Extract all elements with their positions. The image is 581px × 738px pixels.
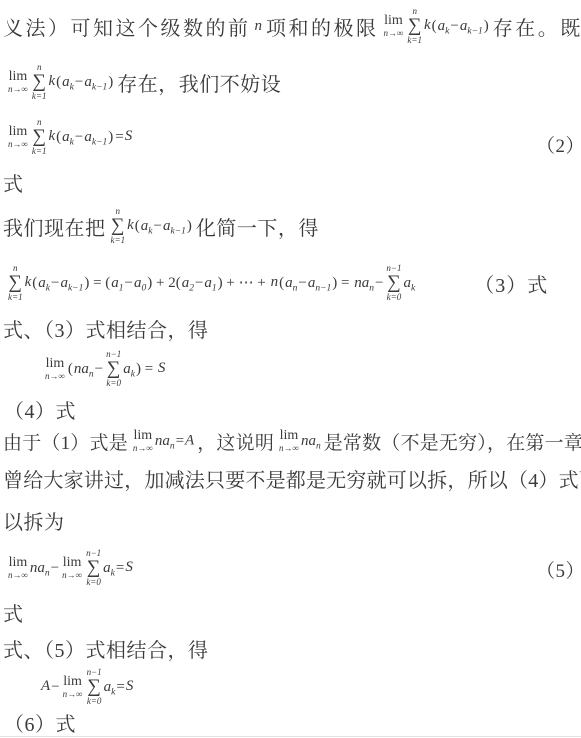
sigma-icon: ∑ [32,73,46,90]
math-operator: − [75,129,83,145]
lim-label: lim [9,70,28,84]
lim-label: lim [134,429,153,443]
lim-subscript: n→∞ [45,372,65,381]
math-variable: n [271,275,279,291]
text-run: 曾给大家讲过，加减法只要不是都是无穷就可以拆，所以（4）式可 [3,464,581,493]
math-subscript: k [411,283,415,293]
text-run: （2） [536,131,581,158]
limit-operator: limn→∞ [62,556,82,580]
equation-2-number: （2） [536,130,581,158]
summation-operator: n∑k=1 [8,264,23,301]
limit-operator: limn→∞ [384,14,404,38]
math-variable: a2 [182,275,194,291]
math-variable: A [41,679,50,695]
math-variable: k [424,18,431,34]
math-variable: a1 [111,275,123,291]
formula-eq3: n∑k=1k(ak−ak−1) = (a1−a0) + 2(a2−a1) + ⋯… [6,264,415,301]
text-run: 我们现在把 [3,212,106,241]
sigma-icon: ∑ [408,17,422,34]
text-run: 存在。既然 [493,12,581,41]
math-operator: ( [68,361,73,377]
equation-2: limn→∞n∑k=1k(ak−ak−1)=S [3,115,135,159]
math-subscript: n [369,283,374,293]
math-operator: ) = ( [84,275,110,291]
inline-variable: n [255,18,263,35]
math-variable: S [125,129,133,145]
math-variable: an−1 [308,275,331,291]
sum-lower-limit: k=0 [387,293,402,302]
line-explain: 由于（1）式是limn→∞nan=A，这说明limn→∞nan是常数（不是无穷）… [3,419,581,463]
math-subscript: n [170,441,175,451]
math-variable: ak [123,361,135,377]
lim-label: lim [9,125,28,139]
line-combine-5: 式、（5）式相结合，得 [3,634,209,662]
math-variable: ak−1 [163,218,186,234]
line-1: 义法）可知这个级数的前n项和的极限limn→∞n∑k=1k(ak−ak−1)存在… [3,4,581,48]
bottom-divider [0,736,581,737]
math-subscript: n [316,441,321,451]
limit-operator: limn→∞ [8,125,28,149]
lim-subscript: n→∞ [62,571,82,580]
math-operator: ) + 2( [147,275,180,291]
text-run: 存在，我们不妨设 [117,68,281,97]
lim-subscript: n→∞ [133,444,153,453]
equation-number: （3）式 [474,269,548,298]
math-operator: ( [135,218,140,234]
math-operator: ) = [136,361,157,377]
text-run: 式 [3,168,24,197]
math-variable: k [25,275,32,291]
math-subscript: k−1 [170,226,185,236]
math-operator: = [115,129,123,145]
math-subscript: 0 [142,283,147,293]
math-subscript: k−1 [92,137,107,147]
text-run: 以拆为 [3,506,65,535]
math-operator: ( [279,275,284,291]
math-subscript: k−1 [68,283,83,293]
sum-lower-limit: k=1 [32,147,47,156]
text-run: （6）式 [4,708,76,737]
summation-operator: n−1∑k=0 [86,549,101,586]
summation-operator: n−1∑k=0 [87,668,102,705]
math-variable: a0 [134,275,146,291]
limit-operator: limn→∞ [8,556,28,580]
text-run: ，这说明 [197,428,274,455]
sigma-icon: ∑ [111,217,125,234]
sigma-icon: ∑ [107,360,121,377]
summation-operator: n∑k=1 [111,207,126,244]
math-operator: − [153,218,161,234]
summation-operator: n−1∑k=0 [106,350,121,387]
math-operator: − [298,275,306,291]
math-variable: a1 [204,275,216,291]
math-subscript: n [293,283,298,293]
math-variable: ak−1 [60,275,83,291]
math-variable: ak [438,18,450,34]
lim-subscript: n→∞ [8,85,28,94]
math-variable: k [49,129,56,145]
lim-label: lim [384,14,403,28]
text-run: 项和的极限 [266,12,379,41]
equation-5: limn→∞nan−limn→∞n−1∑k=0ak=S [3,546,136,590]
sigma-icon: ∑ [387,274,401,291]
math-subscript: k−1 [92,82,107,92]
math-variable: k [127,218,134,234]
math-variable: nan [74,361,94,377]
formula-lim_na: limn→∞nan [277,429,321,453]
math-variable: A [185,433,194,449]
math-variable: ak [103,560,115,576]
math-subscript: n [45,568,50,578]
math-operator: − [375,275,383,291]
text-run: 式、（5）式相结合，得 [3,634,209,663]
formula-eq6: A−limn→∞n−1∑k=0ak=S [41,668,133,705]
math-variable: ak [404,275,416,291]
formula-lim_sum_k_eq_S: limn→∞n∑k=1k(ak−ak−1)=S [6,118,132,155]
math-operator: ( [32,275,37,291]
math-operator: ( [56,129,61,145]
equation-4: limn→∞(nan−n−1∑k=0ak) = S [40,347,168,391]
math-variable: S [126,679,134,695]
lim-label: lim [9,556,28,570]
summation-operator: n∑k=1 [32,118,47,155]
limit-operator: limn→∞ [133,429,153,453]
math-operator: ( [432,18,437,34]
equation-3: n∑k=1k(ak−ak−1) = (a1−a0) + 2(a2−a1) + ⋯… [3,261,548,305]
limit-operator: limn→∞ [8,70,28,94]
sum-lower-limit: k=0 [86,578,101,587]
math-operator: − [95,361,103,377]
sum-lower-limit: k=0 [87,697,102,706]
sigma-icon: ∑ [87,559,101,576]
sigma-icon: ∑ [87,678,101,695]
formula-lim_na_eq_A: limn→∞nan=A [131,429,194,453]
lim-label: lim [63,556,82,570]
lim-subscript: n→∞ [8,140,28,149]
math-operator: ( [56,74,61,90]
math-variable: ak [38,275,50,291]
math-operator: − [450,18,458,34]
math-variable: nan [30,560,50,576]
sum-lower-limit: k=1 [407,36,422,45]
summation-operator: n∑k=1 [407,7,422,44]
text-run: 是常数（不是无穷），在第一章我 [324,428,581,455]
formula-eq5: limn→∞nan−limn→∞n−1∑k=0ak=S [6,549,133,586]
line-shi-after-eq2: 式 [3,168,24,196]
line-explain-2: 曾给大家讲过，加减法只要不是都是无穷就可以拆，所以（4）式可 [3,464,581,492]
math-subscript: n [89,369,94,379]
math-operator: = [176,433,184,449]
summation-operator: n−1∑k=0 [386,264,401,301]
line-simplify: 我们现在把n∑k=1k(ak−ak−1)化简一下，得 [3,203,319,249]
math-variable: ak [62,129,74,145]
line-2: limn→∞n∑k=1k(ak−ak−1)存在，我们不妨设 [3,60,281,104]
math-operator: − [51,275,59,291]
math-operator: ) [108,129,113,145]
sum-lower-limit: k=1 [32,92,47,101]
sum-lower-limit: k=0 [106,379,121,388]
formula-sum_k: n∑k=1k(ak−ak−1) [109,207,193,244]
formula-lim_sum_k: limn→∞n∑k=1k(ak−ak−1) [382,7,490,44]
math-subscript: k [46,283,50,293]
formula-eq4: limn→∞(nan−n−1∑k=0ak) = S [43,350,165,387]
equation-5-number: （5） [536,555,581,583]
math-subscript: 2 [189,283,194,293]
text-run: 由于（1）式是 [3,428,128,455]
text-run: （5） [536,556,581,583]
equation-6-label: （6）式 [4,708,76,736]
formula-lim_sum_k: limn→∞n∑k=1k(ak−ak−1) [6,63,114,100]
lim-subscript: n→∞ [8,571,28,580]
text-run: 义法）可知这个级数的前 [3,12,251,41]
line-combine-3: 式、（3）式相结合，得 [3,314,209,342]
sigma-icon: ∑ [32,128,46,145]
math-variable: ak [141,218,153,234]
math-operator: − [51,560,59,576]
limit-operator: limn→∞ [45,357,65,381]
math-variable: ak−1 [460,18,483,34]
text-run: 式、（3）式相结合，得 [3,314,209,343]
lim-subscript: n→∞ [63,690,83,699]
lim-label: lim [46,357,65,371]
math-variable: nan [301,433,321,449]
math-subscript: k [445,26,449,36]
math-variable: ak [104,679,116,695]
math-variable: nan [354,275,374,291]
math-operator: = [116,560,124,576]
math-subscript: k [70,137,74,147]
text-run: 化简一下，得 [196,212,319,241]
math-variable: k [49,74,56,90]
math-operator: − [51,679,59,695]
math-variable: nan [155,433,175,449]
math-subscript: 1 [119,283,124,293]
math-variable: an [285,275,297,291]
math-variable: S [158,361,166,377]
math-operator: ) [108,74,113,90]
math-subscript: k [111,687,115,697]
limit-operator: limn→∞ [279,429,299,453]
math-variable: ak−1 [84,74,107,90]
math-operator: ) [484,18,489,34]
lim-label: lim [63,675,82,689]
math-variable: S [125,560,133,576]
math-subscript: k [131,369,135,379]
math-operator: ) = [332,275,353,291]
math-operator: = [116,679,124,695]
lim-subscript: n→∞ [384,29,404,38]
math-operator: ) [187,218,192,234]
math-subscript: k [148,226,152,236]
summation-operator: n∑k=1 [32,63,47,100]
math-subscript: k−1 [467,26,482,36]
math-operator: ) + ⋯ + [218,275,270,291]
math-subscript: k [70,82,74,92]
sum-lower-limit: k=1 [111,236,126,245]
sigma-icon: ∑ [9,274,23,291]
lim-label: lim [280,429,299,443]
sum-lower-limit: k=1 [8,293,23,302]
math-operator: − [125,275,133,291]
equation-6: A−limn→∞n−1∑k=0ak=S [38,665,136,709]
document-page: 义法）可知这个级数的前n项和的极限limn→∞n∑k=1k(ak−ak−1)存在… [0,0,581,738]
limit-operator: limn→∞ [63,675,83,699]
math-operator: − [75,74,83,90]
line-shi-after-eq5: 式 [3,598,24,626]
math-subscript: 1 [212,283,217,293]
line-explain-3: 以拆为 [3,506,65,534]
lim-subscript: n→∞ [279,444,299,453]
math-subscript: k [111,568,115,578]
math-operator: − [195,275,203,291]
math-variable: ak [62,74,74,90]
math-variable: ak−1 [84,129,107,145]
text-run: 式 [3,598,24,627]
math-subscript: n−1 [315,283,331,293]
